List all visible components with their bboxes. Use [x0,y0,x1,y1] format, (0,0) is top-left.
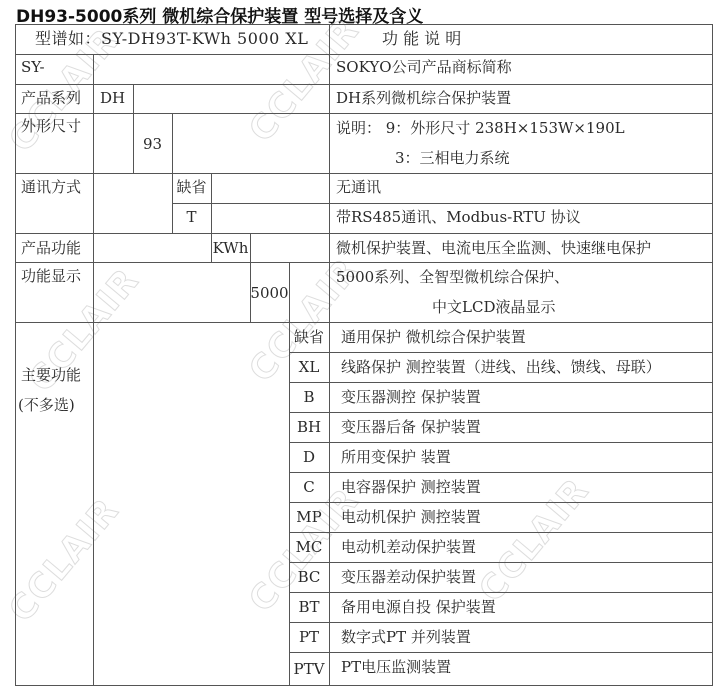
option-description: 所用变保护 装置 [341,448,451,466]
row-line [289,472,713,473]
row-line [289,382,713,383]
display-description-1: 5000系列、全智型微机综合保护、 [336,268,569,286]
comm-label: 通讯方式 [15,178,81,196]
option-description: 通用保护 微机综合保护装置 [341,328,526,346]
option-description: 电动机差动保护装置 [341,538,476,556]
row-line [289,562,713,563]
row-line [289,412,713,413]
option-code: BT [289,598,329,616]
display-description-2: 中文LCD液晶显示 [432,298,555,316]
row-line [15,322,713,323]
option-code: BC [289,568,329,586]
watermark: CCLAIR [471,470,597,610]
row-line [172,203,713,204]
function-label: 产品功能 [15,239,81,257]
option-description: 备用电源自投 保护装置 [341,598,496,616]
row-line [15,233,713,234]
col-line [93,54,94,686]
col-line [133,84,134,173]
option-code: BH [289,418,329,436]
row-line [15,54,713,55]
option-description: 数字式PT 并列装置 [341,628,471,646]
comm-description-default: 无通讯 [336,178,381,196]
table-border-right [712,24,713,686]
model-example: 型谱如：SY-DH93T-KWh 5000 XL [15,27,329,51]
option-code: PT [289,628,329,646]
description-divider [329,24,330,686]
row-line [289,442,713,443]
comm-code-t: T [172,208,211,226]
size-description-2: 3：三相电力系统 [395,149,510,167]
option-code: MP [289,508,329,526]
row-line [289,532,713,533]
row-line [15,113,713,114]
option-description: 变压器后备 保护装置 [341,418,481,436]
comm-code-default: 缺省 [172,178,211,196]
brand-label: SY- [15,58,45,76]
row-line [15,262,713,263]
option-description: 变压器测控 保护装置 [341,388,481,406]
row-line [289,652,713,653]
row-line [289,622,713,623]
row-line [289,592,713,593]
option-description: 电动机保护 测控装置 [341,508,481,526]
table-border-bottom [15,685,713,686]
main-function-label: 主要功能 [15,366,81,384]
main-function-sublabel: (不多选) [18,396,75,414]
option-description: 线路保护 测控装置（进线、出线、馈线、母联） [341,358,661,376]
row-line [289,502,713,503]
option-description: 电容器保护 测控装置 [341,478,481,496]
brand-description: SOKYO公司产品商标简称 [336,58,512,76]
col-line [250,233,251,322]
row-line [289,352,713,353]
option-code: D [289,448,329,466]
series-code: DH [100,89,125,107]
size-label: 外形尺寸 [15,117,81,135]
display-label: 功能显示 [15,267,81,285]
watermark: CCLAIR [1,490,127,630]
col-line [289,262,290,686]
display-code: 5000 [250,284,289,302]
table-border-top [15,24,713,25]
comm-description-t: 带RS485通讯、Modbus-RTU 协议 [336,208,581,226]
option-code: PTV [289,660,329,678]
row-line [15,84,713,85]
option-description: PT电压监测装置 [341,658,451,676]
option-code: XL [289,358,329,376]
model-selection-table: CCLAIR CCLAIR CCLAIR CCLAIR CCLAIR CCLAI… [0,0,721,689]
series-description: DH系列微机综合保护装置 [336,89,511,107]
option-description: 变压器差动保护装置 [341,568,476,586]
option-code: B [289,388,329,406]
function-description: 微机保护装置、电流电压全监测、快速继电保护 [336,239,651,257]
option-code: 缺省 [289,328,329,346]
size-code: 93 [133,135,172,153]
series-label: 产品系列 [15,89,81,107]
size-description-1: 说明： 9：外形尺寸 238H×153W×190L [336,119,625,137]
row-line [15,173,713,174]
description-header: 功 能 说 明 [382,27,461,51]
option-code: C [289,478,329,496]
function-code: KWh [211,239,250,257]
option-code: MC [289,538,329,556]
